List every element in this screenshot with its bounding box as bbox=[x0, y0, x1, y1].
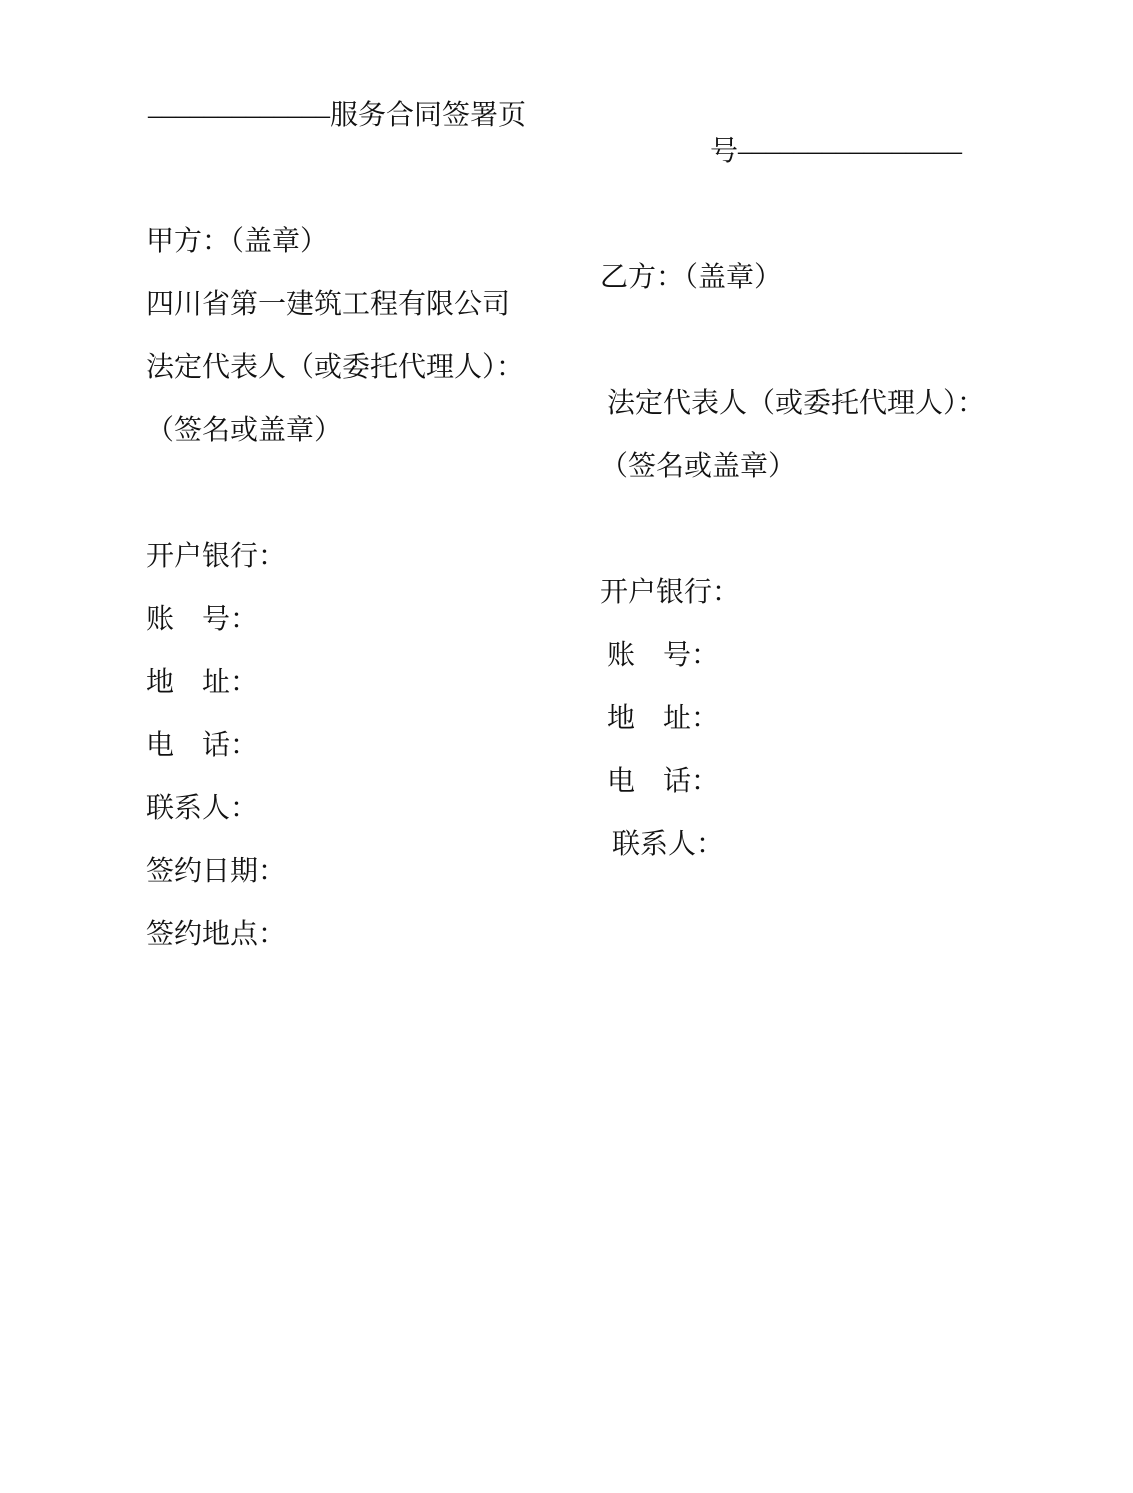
row-signing-date: 签约日期： bbox=[0, 818, 1133, 858]
contract-number-label: 号 bbox=[710, 136, 738, 167]
row-phone: 电 话： 电 话： bbox=[0, 692, 1133, 732]
header-right-dashes: –––––––––––––––– bbox=[738, 136, 962, 167]
row-account: 账 号： 账 号： bbox=[0, 566, 1133, 606]
row-contact: 联系人： 联系人： bbox=[0, 755, 1133, 795]
party-b-signature-note: （签名或盖章） bbox=[600, 449, 796, 485]
party-a-signature-note: （签名或盖章） bbox=[146, 413, 342, 449]
row-bank: 开户银行： 开户银行： bbox=[0, 503, 1133, 543]
row-address: 地 址： 地 址： bbox=[0, 629, 1133, 669]
row-signing-place: 签约地点： bbox=[0, 881, 1133, 921]
page-title: 服务合同签署页 bbox=[330, 100, 526, 131]
contract-signature-page: –––––––––––––服务合同签署页 号–––––––––––––––– 甲… bbox=[0, 0, 1133, 1493]
header-title-line: –––––––––––––服务合同签署页 bbox=[148, 98, 526, 134]
row-legal-representative: 法定代表人（或委托代理人）： 法定代表人（或委托代理人）： bbox=[0, 314, 1133, 354]
row-company-name: 四川省第一建筑工程有限公司 bbox=[0, 251, 1133, 291]
row-signature-note: （签名或盖章） （签名或盖章） bbox=[0, 377, 1133, 417]
header-left-dashes: ––––––––––––– bbox=[148, 100, 330, 131]
header-row: –––––––––––––服务合同签署页 号–––––––––––––––– bbox=[0, 62, 1133, 102]
row-party-seal: 甲方：（盖章） 乙方：（盖章） bbox=[0, 188, 1133, 228]
signing-place-label: 签约地点： bbox=[146, 917, 286, 953]
header-number-line: 号–––––––––––––––– bbox=[710, 134, 962, 170]
